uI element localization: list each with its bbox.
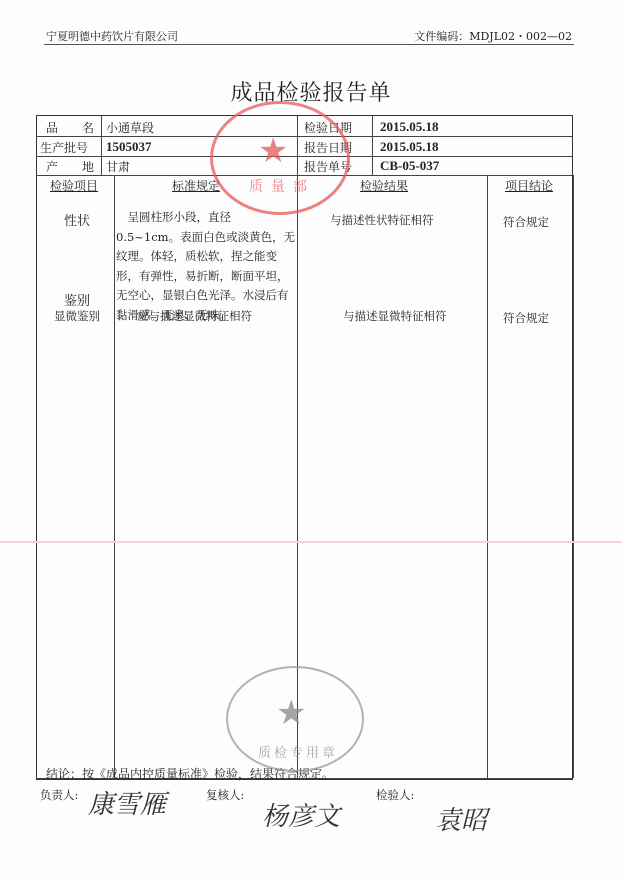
quality-department-stamp: ★ 质量部 — [210, 101, 350, 215]
row-result-appearance: 与描述性状特征相符 — [330, 212, 434, 228]
document-code: 文件编码：MDJL02・002—02 — [414, 28, 572, 44]
row-conclusion-microscopic: 符合规定 — [503, 310, 549, 326]
report-date-value: 2015.05.18 — [380, 139, 439, 155]
row-standard-microscopic: 应与描述显微特征相符 — [137, 308, 252, 324]
star-icon: ★ — [276, 696, 306, 730]
product-name-label: 品 名 — [46, 119, 94, 136]
scan-artifact-line — [0, 541, 622, 543]
column-header-item: 检验项目 — [50, 177, 98, 194]
stamp-gray-bottom-text: 质检专用章 — [258, 742, 338, 761]
company-name: 宁夏明德中药饮片有限公司 — [46, 28, 178, 44]
inspect-date-value: 2015.05.18 — [380, 119, 439, 135]
row-item-appearance: 性状 — [64, 210, 90, 229]
quality-inspection-seal: ★ 质检专用章 — [226, 666, 364, 772]
row-conclusion-appearance: 符合规定 — [503, 214, 549, 230]
stamp-red-bottom-text: 质量部 — [249, 176, 315, 196]
report-number-value: CB-05-037 — [380, 158, 439, 174]
star-icon: ★ — [258, 134, 288, 168]
column-header-conclusion: 项目结论 — [505, 177, 553, 194]
page-title: 成品检验报告单 — [0, 76, 622, 107]
origin-label: 产 地 — [46, 158, 94, 175]
reviewer-label: 复核人: — [206, 787, 244, 803]
product-name-value: 小通草段 — [106, 119, 154, 136]
reviewer-signature: 杨彦文 — [262, 796, 340, 833]
batch-value: 1505037 — [106, 139, 152, 155]
origin-value: 甘肃 — [106, 158, 130, 175]
row-result-microscopic: 与描述显微特征相符 — [343, 308, 447, 324]
column-header-result: 检验结果 — [360, 177, 408, 194]
column-header-standard: 标准规定 — [172, 177, 220, 194]
responsible-label: 负责人: — [40, 787, 78, 803]
row-subitem-microscopic: 显微鉴别 — [54, 308, 100, 324]
batch-label: 生产批号 — [40, 139, 88, 156]
responsible-signature: 康雪雁 — [88, 784, 166, 821]
inspector-label: 检验人: — [376, 787, 414, 803]
inspector-signature: 袁昭 — [435, 800, 487, 837]
row-item-identification: 鉴别 — [64, 290, 90, 309]
page-header: 宁夏明德中药饮片有限公司 文件编码：MDJL02・002—02 — [44, 26, 574, 45]
